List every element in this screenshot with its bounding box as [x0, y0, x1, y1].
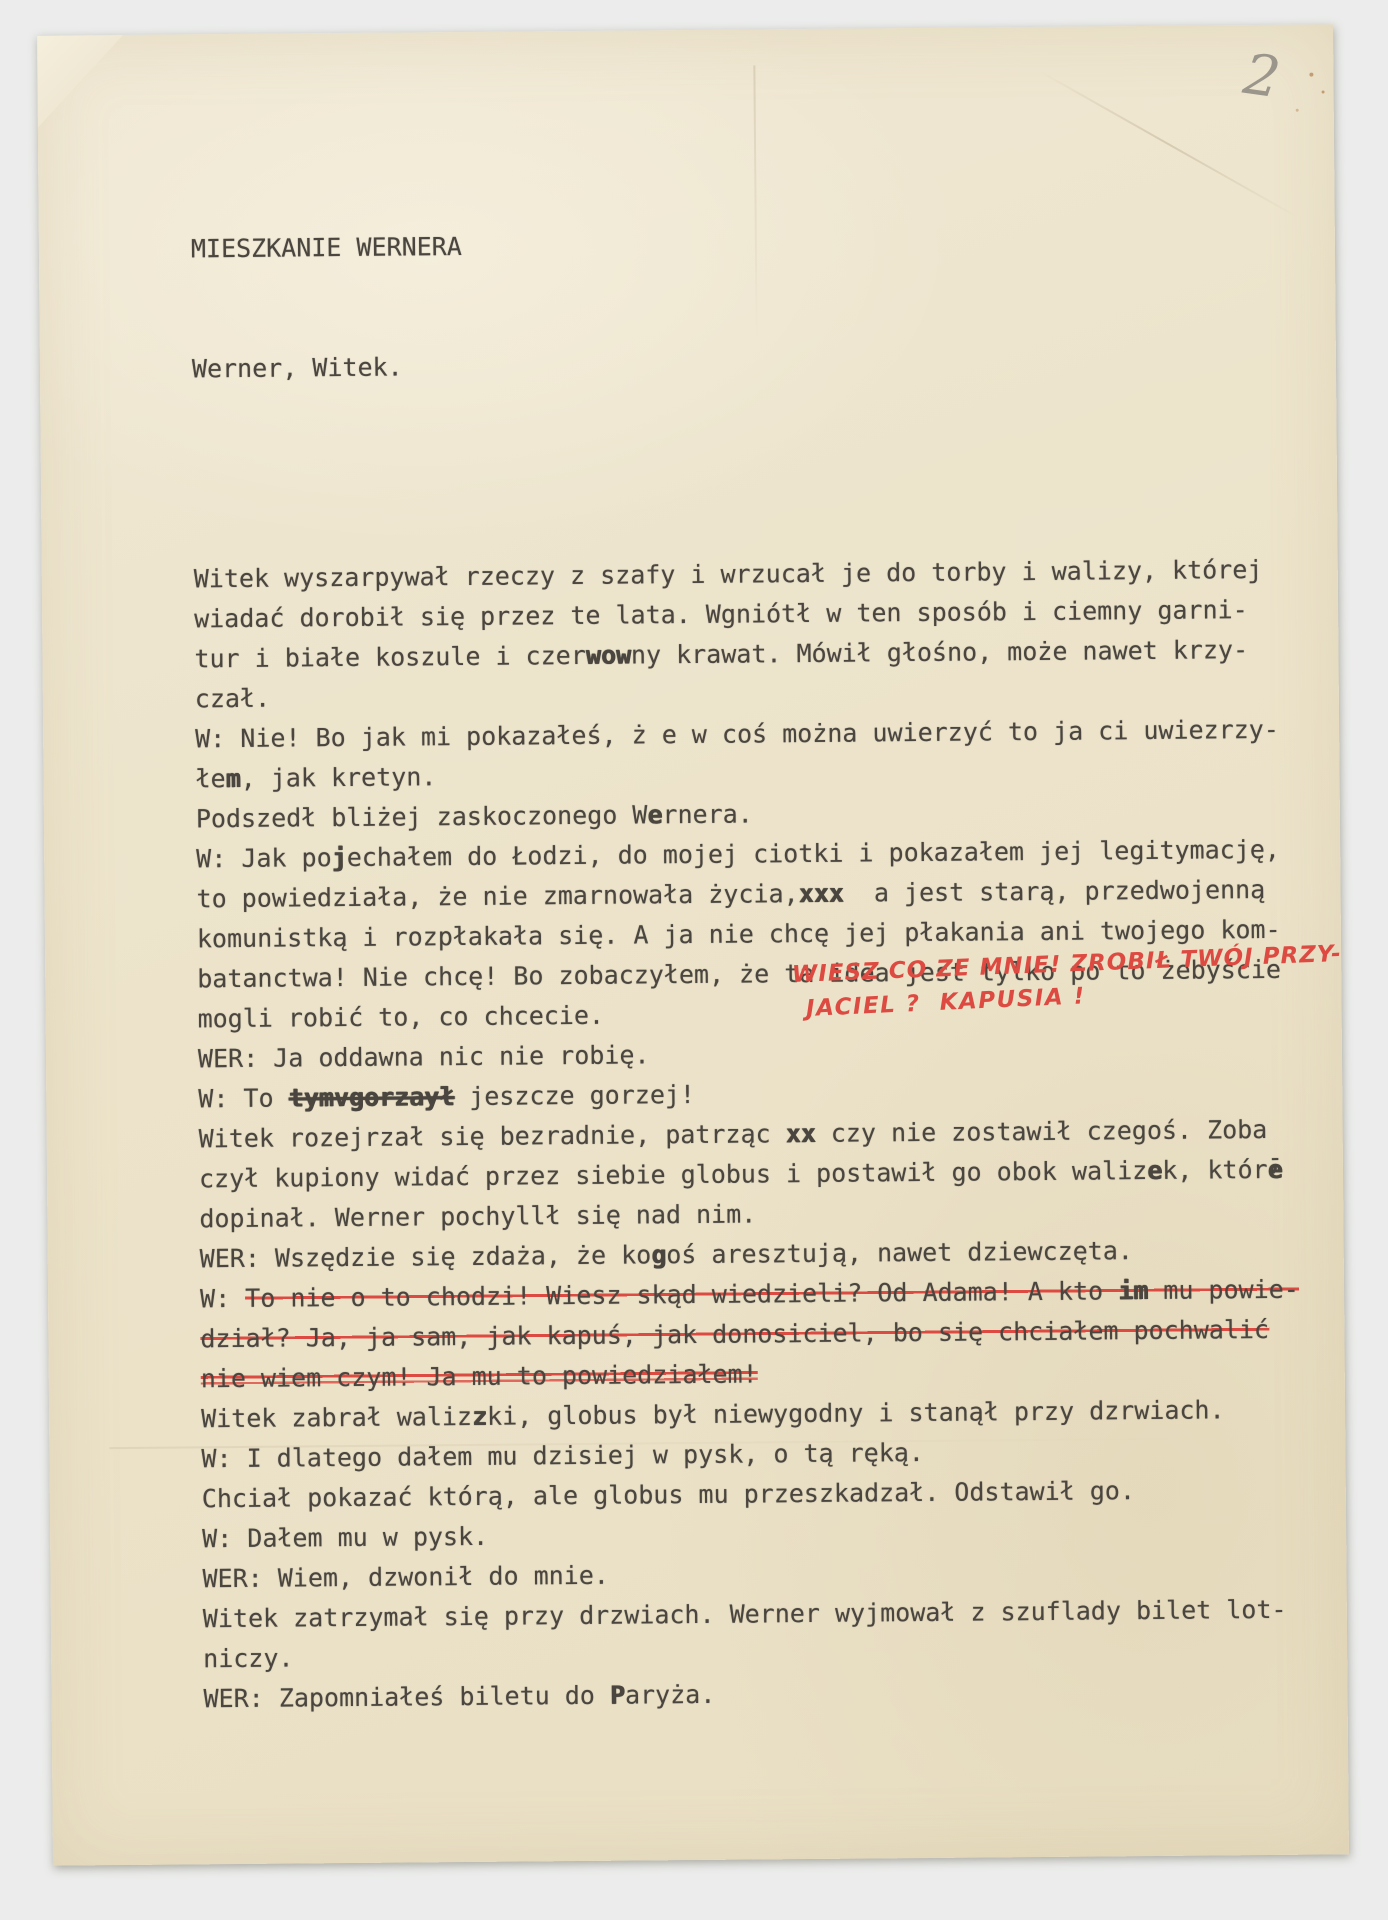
typed-text: W: Nie! Bo jak mi pokazałeś, ż e w coś m… [195, 715, 1279, 753]
typed-text: WER: Zapomniałeś biletu do [203, 1681, 610, 1714]
overtyped-text: xxx [798, 879, 843, 908]
typed-text: W: To [198, 1084, 289, 1114]
typed-text: dopinał. Werner pochyllł się nad nim. [199, 1199, 756, 1233]
red-struck-text: To nie o to chodzi! Wiesz skąd wiedzieli… [245, 1276, 1118, 1313]
red-struck-overtyped-text: im [1118, 1276, 1148, 1305]
folded-corner [37, 35, 124, 128]
script-body: Witek wyszarpywał rzeczy z szafy i wrzuc… [194, 550, 1324, 1720]
crossed-out-text: tymvgorzaył [289, 1082, 455, 1112]
overtyped-text: xx [786, 1119, 816, 1148]
typed-text: , jak kretyn. [241, 762, 437, 793]
character-list: Werner, Witek. [192, 340, 1312, 390]
overtyped-text: j [332, 843, 347, 872]
script-line-29: WER: Zapomniałeś biletu do Paryża. [203, 1670, 1323, 1720]
typed-text: W: [200, 1284, 245, 1313]
overtyped-text: m [226, 764, 241, 793]
typed-text: a jest starą, przedwojenną [844, 875, 1266, 908]
typed-text: WER: Ja oddawna nic nie robię. [198, 1040, 650, 1073]
typed-text: k, któr [1162, 1155, 1268, 1185]
typed-text: tur i białe koszule i czer [194, 641, 586, 673]
typed-text: wiadać dorobił się przez te lata. Wgniót… [194, 595, 1248, 633]
typed-text: Chciał pokazać którą, ale globus mu prze… [202, 1476, 1135, 1513]
typed-text: to powiedziała, że nie zmarnowała życia, [196, 879, 798, 913]
typed-text: W: Dałem mu w pysk. [202, 1522, 488, 1553]
typed-text: komunistką i rozpłakała się. A ja nie ch… [197, 915, 1281, 953]
overstruck-char: , [1267, 1142, 1282, 1182]
overtyped-text: g [651, 1240, 666, 1269]
typed-text: czył kupiony widać przez siebie globus i… [199, 1156, 1147, 1193]
overtyped-text: wow [586, 641, 631, 670]
typewritten-text: MIESZKANIE WERNERA Werner, Witek. Witek … [189, 60, 1324, 1800]
typed-text: WER: Wszędzie się zdaża, że ko [200, 1240, 652, 1273]
red-struck-text: mu powie- [1148, 1275, 1299, 1305]
typed-text: Podszedł bliżej zaskoczonego W [196, 800, 648, 833]
scene-heading: MIESZKANIE WERNERA [191, 220, 1311, 270]
typed-text: czał. [195, 684, 271, 714]
overtyped-text: e [647, 800, 662, 829]
typed-text: niczy. [203, 1644, 294, 1674]
typed-text: czy nie zostawił czegoś. Zoba [816, 1115, 1268, 1148]
typed-text: aryża. [625, 1680, 716, 1710]
rust-speck [1322, 90, 1325, 93]
typed-text: oś aresztują, nawet dziewczęta. [666, 1236, 1133, 1269]
red-double-struck-text: nie wiem czym! Ja mu to powiedziałem! [201, 1359, 758, 1393]
typed-text: łe [195, 764, 225, 793]
typed-text: jeszcze gorzej! [454, 1080, 695, 1111]
typed-text: Witek wyszarpywał rzeczy z szafy i wrzuc… [194, 555, 1263, 593]
typed-text: echałem do Łodzi, do mojej ciotki i poka… [347, 835, 1280, 872]
typed-text: WER: Wiem, dzwonił do mnie. [202, 1561, 609, 1594]
scene-header: MIESZKANIE WERNERA Werner, Witek. [190, 140, 1313, 470]
typed-text: Witek zabrał waliz [201, 1402, 472, 1433]
overtyped-text: z [472, 1402, 487, 1431]
typed-text: ny krawat. Mówił głośno, może nawet krzy… [631, 635, 1248, 669]
red-struck-text: dział? Ja, ja sam, jak kapuś, jak donosi… [200, 1315, 1269, 1353]
typed-text: Witek zatrzymał się przy drzwiach. Werne… [203, 1595, 1287, 1633]
rust-speck [1309, 73, 1313, 77]
typed-text: Witek rozejrzał się bezradnie, patrząc [199, 1119, 786, 1153]
typed-text: ki, globus był niewygodny i stanął przy … [487, 1395, 1225, 1430]
typed-text: mogli robić to, co chcecie. [197, 1001, 604, 1034]
paper-sheet: MIESZKANIE WERNERA Werner, Witek. Witek … [37, 24, 1349, 1865]
typed-text: W: Jak po [196, 843, 332, 873]
overtyped-text: P [610, 1681, 625, 1710]
typed-text: rnera. [662, 799, 753, 829]
overtyped-text: e [1147, 1156, 1162, 1185]
typed-text: W: I dlatego dałem mu dzisiej w pysk, o … [201, 1438, 924, 1473]
scanned-script-page: MIESZKANIE WERNERA Werner, Witek. Witek … [0, 0, 1388, 1920]
